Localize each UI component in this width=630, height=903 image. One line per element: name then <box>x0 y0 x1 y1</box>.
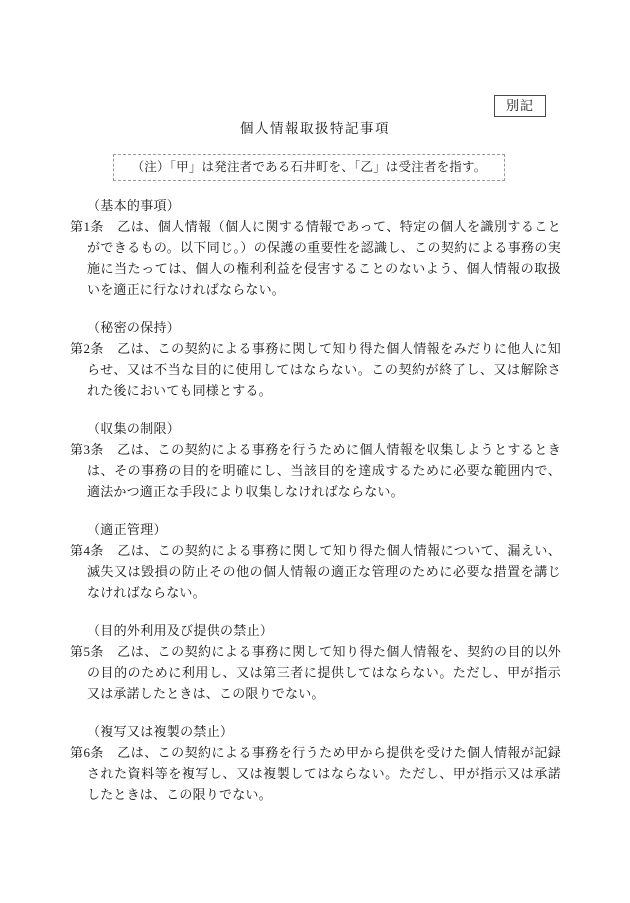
section-body: 第6条 乙は、この契約による事務を行うため甲から提供を受けた個人情報が記録された… <box>70 742 561 805</box>
note-box: （注）「甲」は発注者である石井町を、「乙」は受注者を指す。 <box>113 154 505 181</box>
note-text: （注）「甲」は発注者である石井町を、「乙」は受注者を指す。 <box>132 160 487 174</box>
section-heading: （適正管理） <box>70 519 561 540</box>
section-body: 第1条 乙は、個人情報（個人に関する情報であって、特定の個人を識別することができ… <box>70 216 561 300</box>
section-heading: （目的外利用及び提供の禁止） <box>70 620 561 641</box>
article-section-4: （適正管理） 第4条 乙は、この契約による事務に関して知り得た個人情報について、… <box>70 519 561 603</box>
section-body: 第3条 乙は、この契約による事務を行うために個人情報を収集しようとするときは、そ… <box>70 439 561 502</box>
document-body: （基本的事項） 第1条 乙は、個人情報（個人に関する情報であって、特定の個人を識… <box>70 195 561 805</box>
corner-label-box: 別記 <box>494 95 546 117</box>
section-heading: （秘密の保持） <box>70 317 561 338</box>
section-heading: （収集の制限） <box>70 418 561 439</box>
article-section-1: （基本的事項） 第1条 乙は、個人情報（個人に関する情報であって、特定の個人を識… <box>70 195 561 300</box>
article-section-3: （収集の制限） 第3条 乙は、この契約による事務を行うために個人情報を収集しよう… <box>70 418 561 502</box>
section-body: 第5条 乙は、この契約による事務に関して知り得た個人情報を、契約の目的以外の目的… <box>70 641 561 704</box>
corner-label: 別記 <box>506 98 534 113</box>
article-section-2: （秘密の保持） 第2条 乙は、この契約による事務に関して知り得た個人情報をみだり… <box>70 317 561 401</box>
page-title: 個人情報取扱特記事項 <box>0 120 630 138</box>
section-body: 第4条 乙は、この契約による事務に関して知り得た個人情報について、漏えい、滅失又… <box>70 540 561 603</box>
article-section-6: （複写又は複製の禁止） 第6条 乙は、この契約による事務を行うため甲から提供を受… <box>70 721 561 805</box>
document-page: 別記 個人情報取扱特記事項 （注）「甲」は発注者である石井町を、「乙」は受注者を… <box>0 0 630 903</box>
section-heading: （複写又は複製の禁止） <box>70 721 561 742</box>
article-section-5: （目的外利用及び提供の禁止） 第5条 乙は、この契約による事務に関して知り得た個… <box>70 620 561 704</box>
section-body: 第2条 乙は、この契約による事務に関して知り得た個人情報をみだりに他人に知らせ、… <box>70 338 561 401</box>
section-heading: （基本的事項） <box>70 195 561 216</box>
